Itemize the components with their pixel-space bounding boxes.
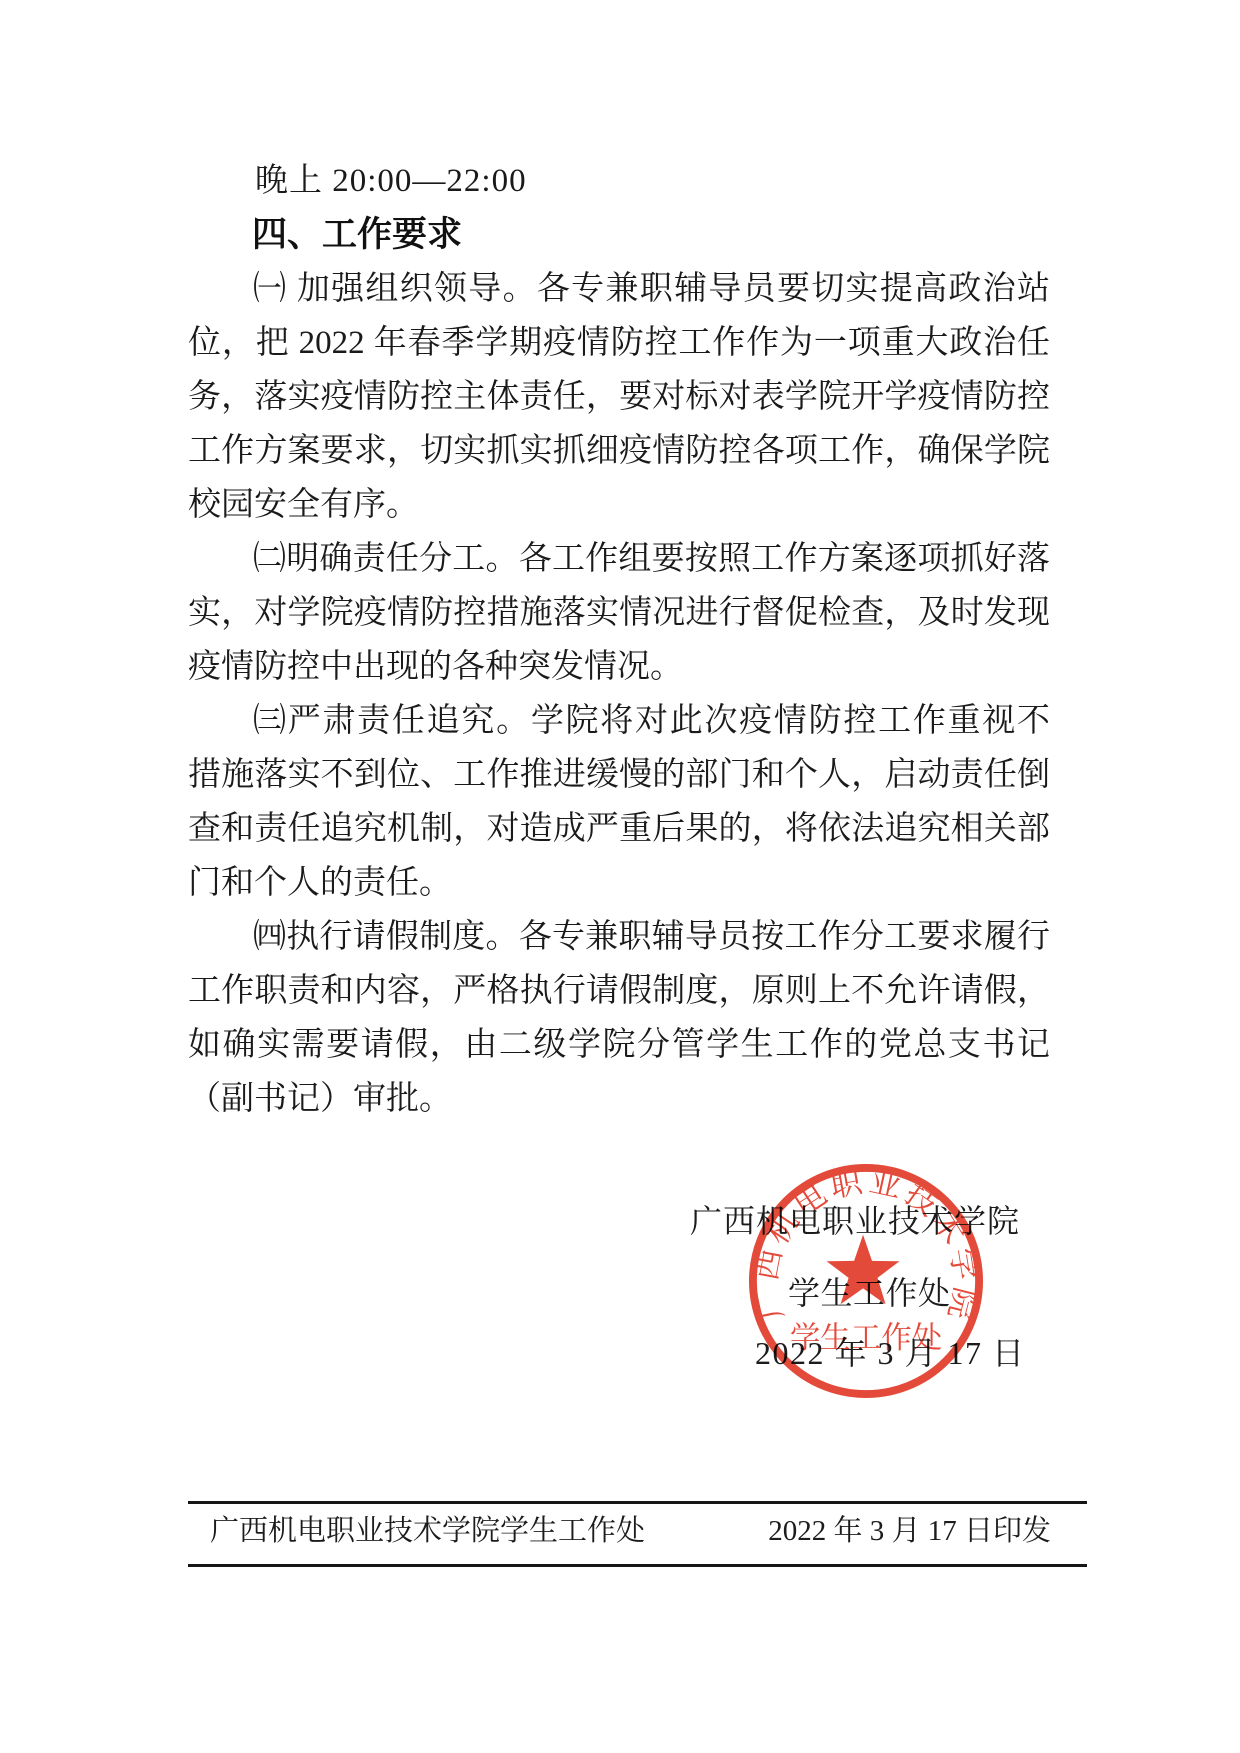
paragraph-line: 工作方案要求，切实抓实抓细疫情防控各项工作，确保学院 — [188, 424, 1050, 478]
paragraph-line: 措施落实不到位、工作推进缓慢的部门和个人，启动责任倒 — [188, 748, 1050, 802]
paragraph-line: ㈣执行请假制度。各专兼职辅导员按工作分工要求履行 — [188, 910, 1050, 964]
seal-center-text: 学生工作处 — [790, 1321, 943, 1355]
paragraph-line: 如确实需要请假，由二级学院分管学生工作的党总支书记 — [188, 1018, 1050, 1072]
star-icon — [827, 1235, 900, 1304]
schedule-line: 晚上 20:00—22:00 — [188, 154, 1050, 208]
official-seal-graphic: 广西机电职业技术学院 学生工作处 — [748, 1163, 984, 1399]
paragraph-line: 疫情防控中出现的各种突发情况。 — [188, 640, 1050, 694]
paragraph-line: 务，落实疫情防控主体责任，要对标对表学院开学疫情防控 — [188, 370, 1050, 424]
document-page: 晚上 20:00—22:00 四、工作要求 ㈠ 加强组织领导。各专兼职辅导员要切… — [0, 0, 1240, 1753]
paragraph-line: 位，把 2022 年春季学期疫情防控工作作为一项重大政治任 — [188, 316, 1050, 370]
footer-issuer: 广西机电职业技术学院学生工作处 — [210, 1510, 645, 1552]
footer-print-date: 2022 年 3 月 17 日印发 — [768, 1510, 1051, 1552]
paragraph-line: 门和个人的责任。 — [188, 856, 1050, 910]
paragraph-line: （副书记）审批。 — [188, 1072, 1050, 1126]
document-body: 晚上 20:00—22:00 四、工作要求 ㈠ 加强组织领导。各专兼职辅导员要切… — [188, 154, 1050, 1126]
paragraph-line: 校园安全有序。 — [188, 478, 1050, 532]
section-heading: 四、工作要求 — [188, 208, 1050, 262]
footer-rule-bottom — [188, 1564, 1087, 1567]
paragraph-line: 工作职责和内容，严格执行请假制度，原则上不允许请假， — [188, 964, 1050, 1018]
paragraph-line: ㈠ 加强组织领导。各专兼职辅导员要切实提高政治站 — [188, 262, 1050, 316]
footer-rule-top — [188, 1501, 1087, 1504]
paragraph-line: ㈡明确责任分工。各工作组要按照工作方案逐项抓好落 — [188, 532, 1050, 586]
official-seal: 广西机电职业技术学院 学生工作处 — [748, 1163, 984, 1399]
paragraph-line: 查和责任追究机制，对造成严重后果的，将依法追究相关部 — [188, 802, 1050, 856]
paragraph-line: 实，对学院疫情防控措施落实情况进行督促检查，及时发现 — [188, 586, 1050, 640]
footer: 广西机电职业技术学院学生工作处 2022 年 3 月 17 日印发 — [188, 1510, 1087, 1552]
paragraph-line: ㈢严肃责任追究。学院将对此次疫情防控工作重视不够、 — [188, 694, 1050, 748]
